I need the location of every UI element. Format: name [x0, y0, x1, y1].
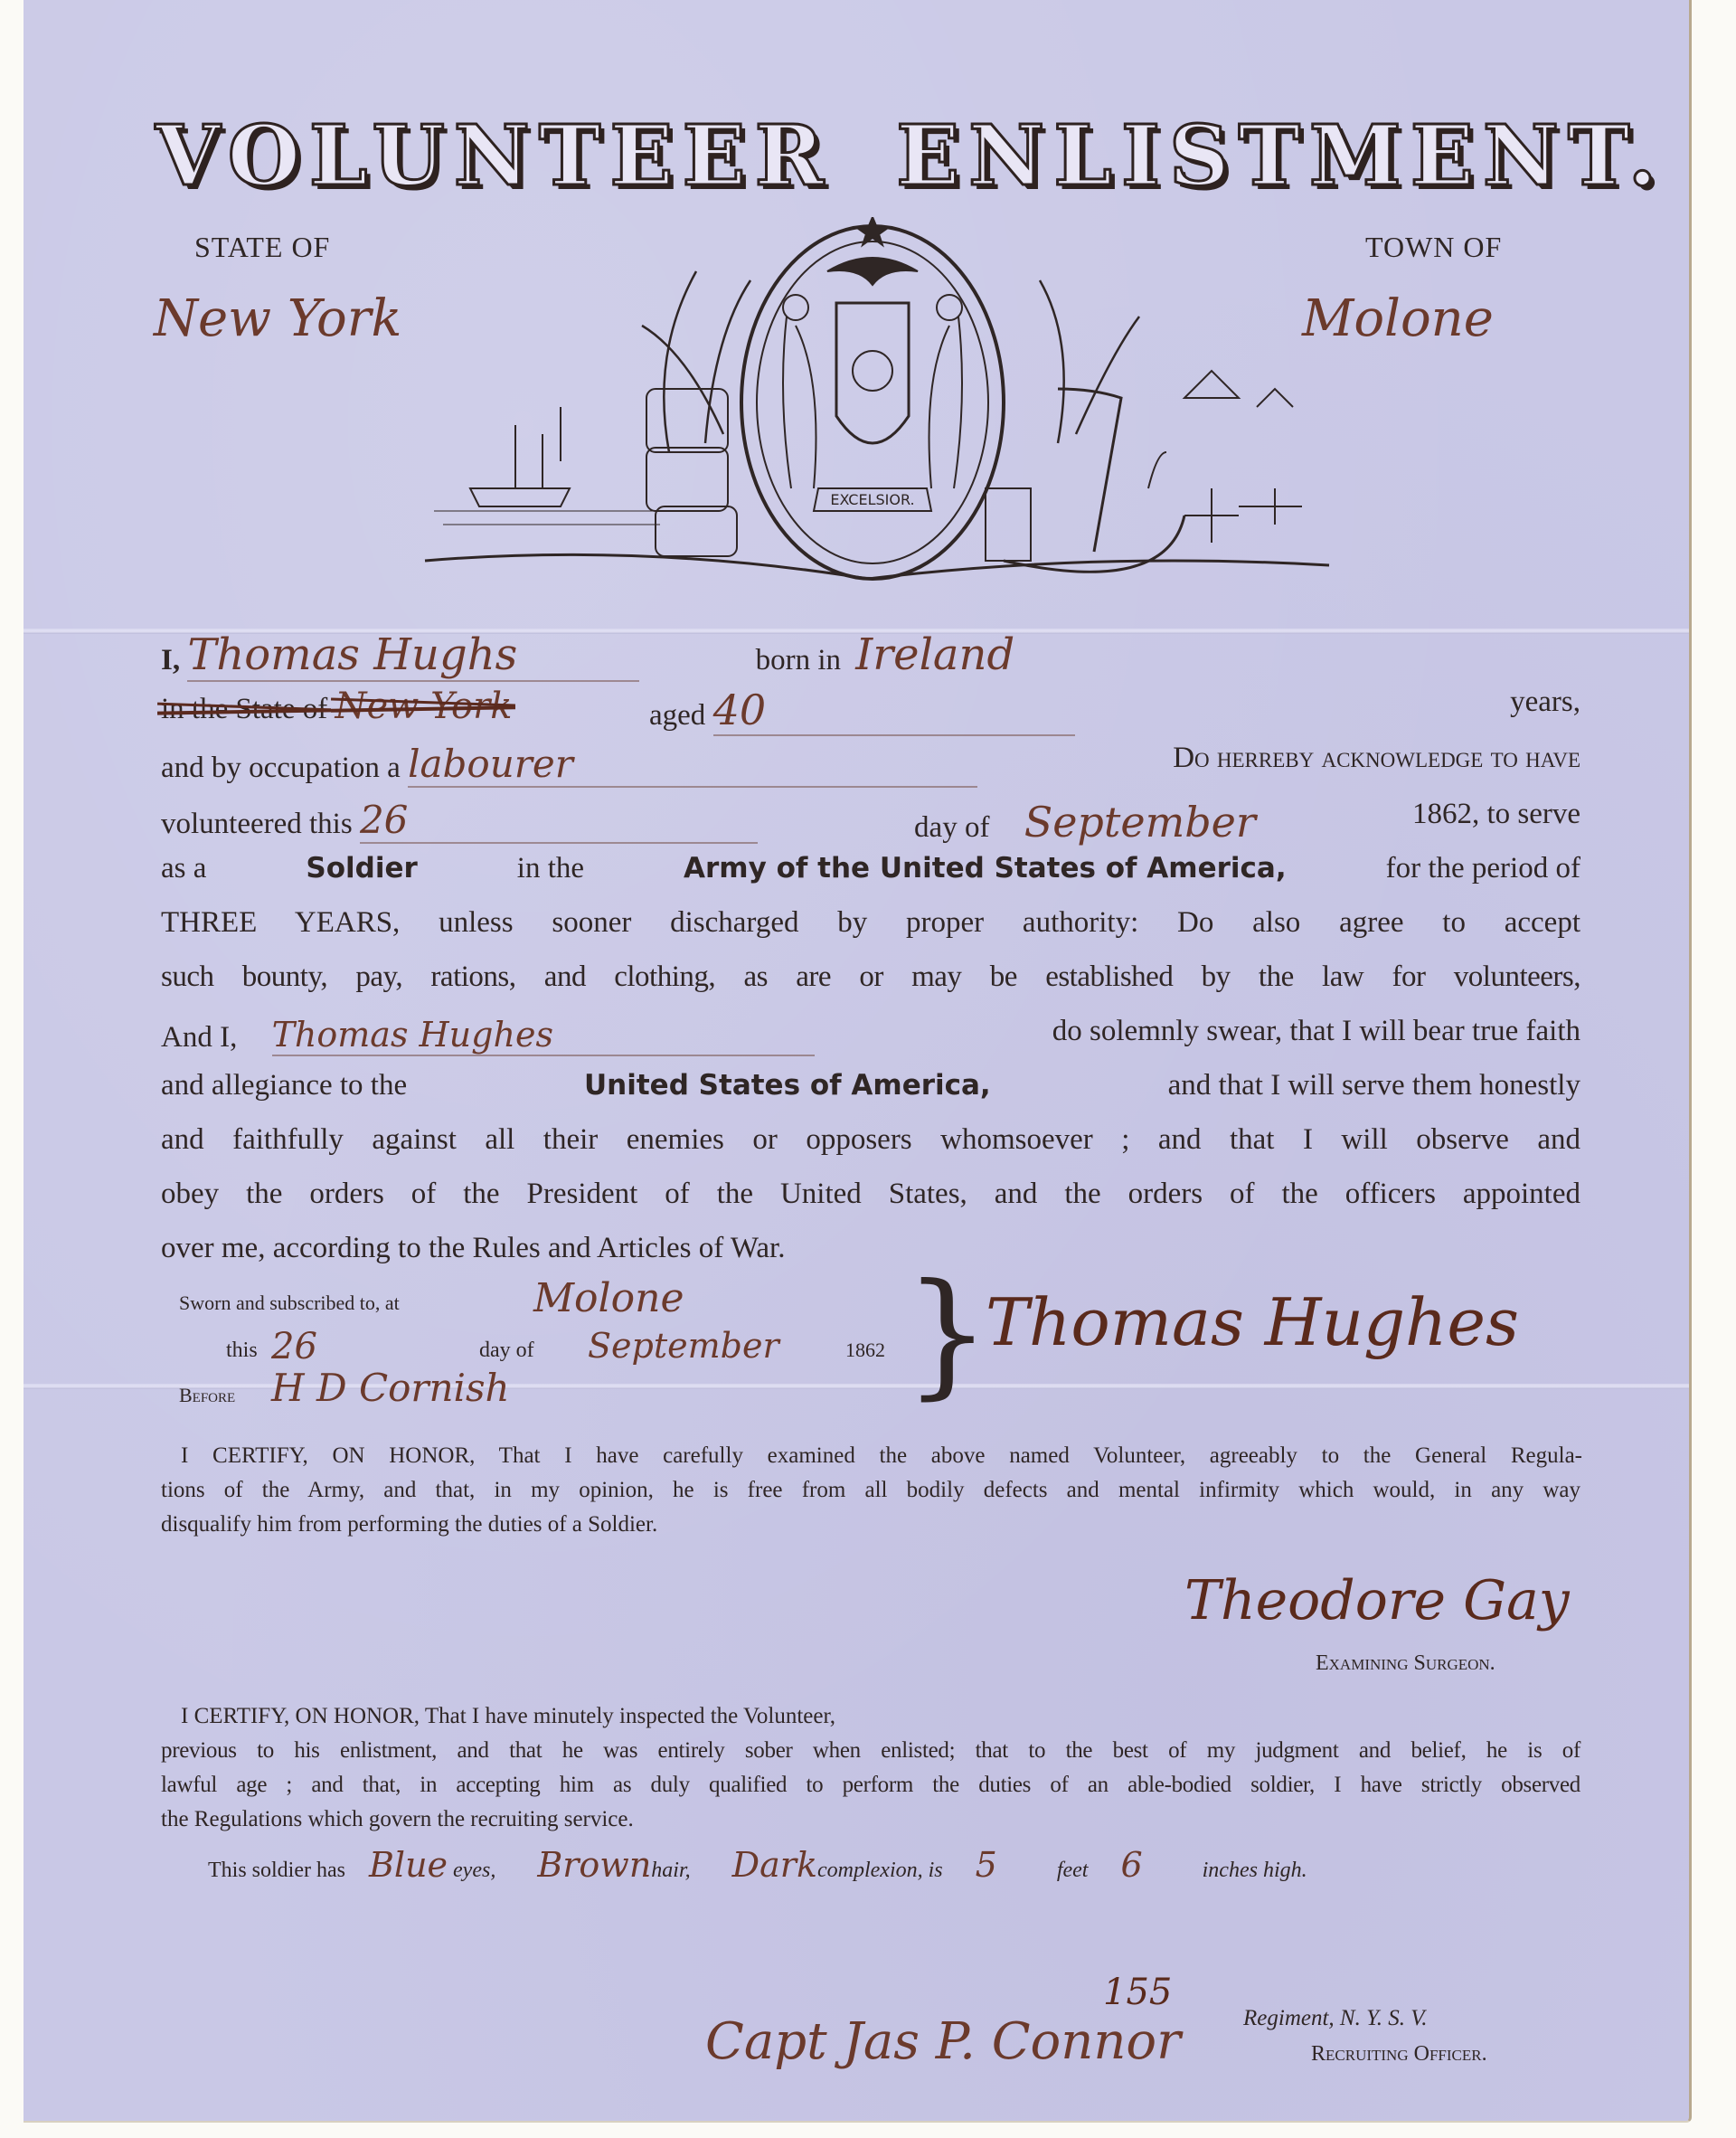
recruiting-officer-signature: Capt Jas P. Connor — [705, 2012, 1181, 2071]
soldier-emphasis: Soldier — [306, 852, 417, 885]
officer-cert-line-4: the Regulations which govern the recruit… — [161, 1803, 634, 1836]
volunteer-name-field: Thomas Hughs — [187, 629, 639, 682]
age-field: 40 — [713, 686, 1075, 736]
brace: } — [904, 1266, 990, 1402]
state-value: New York — [154, 289, 401, 348]
day-of-label: day of — [914, 811, 989, 844]
declaration-line-4: volunteered this 26 day of September 186… — [161, 798, 1580, 847]
usa-emphasis: United States of America, — [584, 1069, 991, 1102]
officer-cert-line-2: previous to his enlistment, and that he … — [161, 1735, 1580, 1767]
sworn-label: Sworn and subscribed to, at — [179, 1291, 400, 1315]
sworn-place-field: Molone — [533, 1275, 684, 1321]
oath-this-label: this — [226, 1339, 258, 1363]
complexion-field: Dark — [732, 1845, 817, 1885]
born-label: born in — [756, 644, 841, 676]
regiment-label: Regiment, N. Y. S. V. — [1243, 2006, 1428, 2031]
declaration-line-11: obey the orders of the President of the … — [161, 1178, 1580, 1211]
physical-description: This soldier has Blue eyes, Brownhair, D… — [208, 1845, 1307, 1885]
title-word-enlistment: ENLISTMENT. — [896, 107, 1666, 204]
birthplace-field: Ireland — [855, 629, 1014, 680]
surgeon-cert-line-2: tions of the Army, and that, in my opini… — [161, 1474, 1580, 1507]
army-emphasis: Army of the United States of America, — [684, 852, 1287, 885]
acknowledge-text: Do herreby acknowledge to have — [1173, 742, 1580, 788]
title-word-volunteer: VOLUNTEER — [156, 107, 833, 204]
certify-lead: I CERTIFY, ON HONOR, — [181, 1704, 420, 1728]
oath-day-field: 26 — [271, 1326, 317, 1367]
declaration-line-3: and by occupation a labourer Do herreby … — [161, 742, 1580, 788]
volunteer-signature: Thomas Hughes — [986, 1284, 1519, 1360]
oath-name-field: Thomas Hughes — [272, 1015, 815, 1056]
oath-month-field: September — [588, 1326, 779, 1366]
text-fragment: and that I will serve them honestly — [1168, 1069, 1580, 1102]
inches-label: inches high. — [1203, 1859, 1307, 1882]
recruiting-officer-role: Recruiting Officer. — [1311, 2042, 1487, 2067]
declaration-line-2: in the State of New York aged 40 years, — [161, 686, 1580, 736]
surgeon-cert-line-3: disqualify him from performing the dutie… — [161, 1509, 657, 1541]
height-inches-field: 6 — [1120, 1845, 1142, 1885]
struck-state-value: New York — [335, 686, 512, 727]
surgeon-cert-line-1: I CERTIFY, ON HONOR, That I have careful… — [181, 1440, 1582, 1472]
text-fragment: And I, — [161, 1021, 237, 1054]
declaration-line-8: And I, Thomas Hughes do solemnly swear, … — [161, 1015, 1580, 1056]
struck-state-label: in the State of — [161, 693, 327, 725]
declarant-prefix: I, — [161, 644, 180, 676]
declaration-line-9: and allegiance to the United States of A… — [161, 1069, 1580, 1102]
eyes-field: Blue — [369, 1845, 448, 1885]
surgeon-role: Examining Surgeon. — [1316, 1651, 1495, 1676]
declaration-line-7: such bounty, pay, rations, and clothing,… — [161, 960, 1580, 994]
text-fragment: That I have minutely inspected the Volun… — [425, 1704, 835, 1728]
surgeon-signature: Theodore Gay — [1184, 1569, 1570, 1632]
aged-label: aged — [649, 699, 705, 732]
oath-year: 1862 — [845, 1339, 885, 1362]
volunteered-label: volunteered this — [161, 808, 353, 840]
declaration-line-1: I, Thomas Hughs born in Ireland — [161, 629, 1580, 682]
before-official-field: H D Cornish — [271, 1366, 510, 1410]
text-fragment: and allegiance to the — [161, 1069, 407, 1102]
declaration-line-5: as a Soldier in the Army of the United S… — [161, 852, 1580, 885]
complexion-label: complexion, is — [817, 1859, 943, 1882]
officer-cert-line-3: lawful age ; and that, in accepting him … — [161, 1769, 1580, 1802]
text-fragment: in the — [517, 852, 584, 885]
declaration-line-6: THREE YEARS, unless sooner discharged by… — [161, 906, 1580, 940]
description-prefix: This soldier has — [208, 1859, 345, 1882]
state-label: STATE OF — [194, 231, 330, 264]
svg-text:EXCELSIOR.: EXCELSIOR. — [830, 491, 914, 508]
text-fragment: for the period of — [1386, 852, 1580, 885]
town-label: TOWN OF — [1365, 231, 1502, 264]
text-fragment: as a — [161, 852, 206, 885]
text-fragment: That I have carefully examined the above… — [499, 1443, 1582, 1468]
years-label: years, — [1510, 686, 1580, 736]
seal-illustration-icon: EXCELSIOR. — [371, 217, 1365, 606]
regiment-number-field: 155 — [1103, 1972, 1172, 2013]
oath-day-of-label: day of — [479, 1339, 534, 1363]
officer-cert-line-1: I CERTIFY, ON HONOR, That I have minutel… — [181, 1700, 835, 1733]
text-fragment: do solemnly swear, that I will bear true… — [1052, 1015, 1580, 1056]
document-title: VOLUNTEERENLISTMENT. — [156, 107, 1602, 204]
eyes-label: eyes, — [453, 1859, 495, 1882]
declaration-line-12: over me, according to the Rules and Arti… — [161, 1232, 1580, 1265]
hair-label: hair, — [651, 1859, 690, 1882]
enlistment-day-field: 26 — [360, 798, 758, 844]
declaration-line-10: and faithfully against all their enemies… — [161, 1123, 1580, 1157]
occupation-field: labourer — [408, 742, 977, 788]
feet-label: feet — [1057, 1859, 1089, 1882]
occupation-label: and by occupation a — [161, 752, 401, 784]
enlistment-year: 1862, to serve — [1412, 798, 1580, 847]
before-label: Before — [179, 1384, 235, 1407]
certify-lead: I CERTIFY, ON HONOR, — [181, 1443, 475, 1468]
enlistment-month-field: September — [1024, 798, 1256, 847]
height-feet-field: 5 — [976, 1845, 997, 1885]
new-york-seal-vignette: EXCELSIOR. — [371, 217, 1365, 606]
hair-field: Brown — [537, 1845, 651, 1885]
